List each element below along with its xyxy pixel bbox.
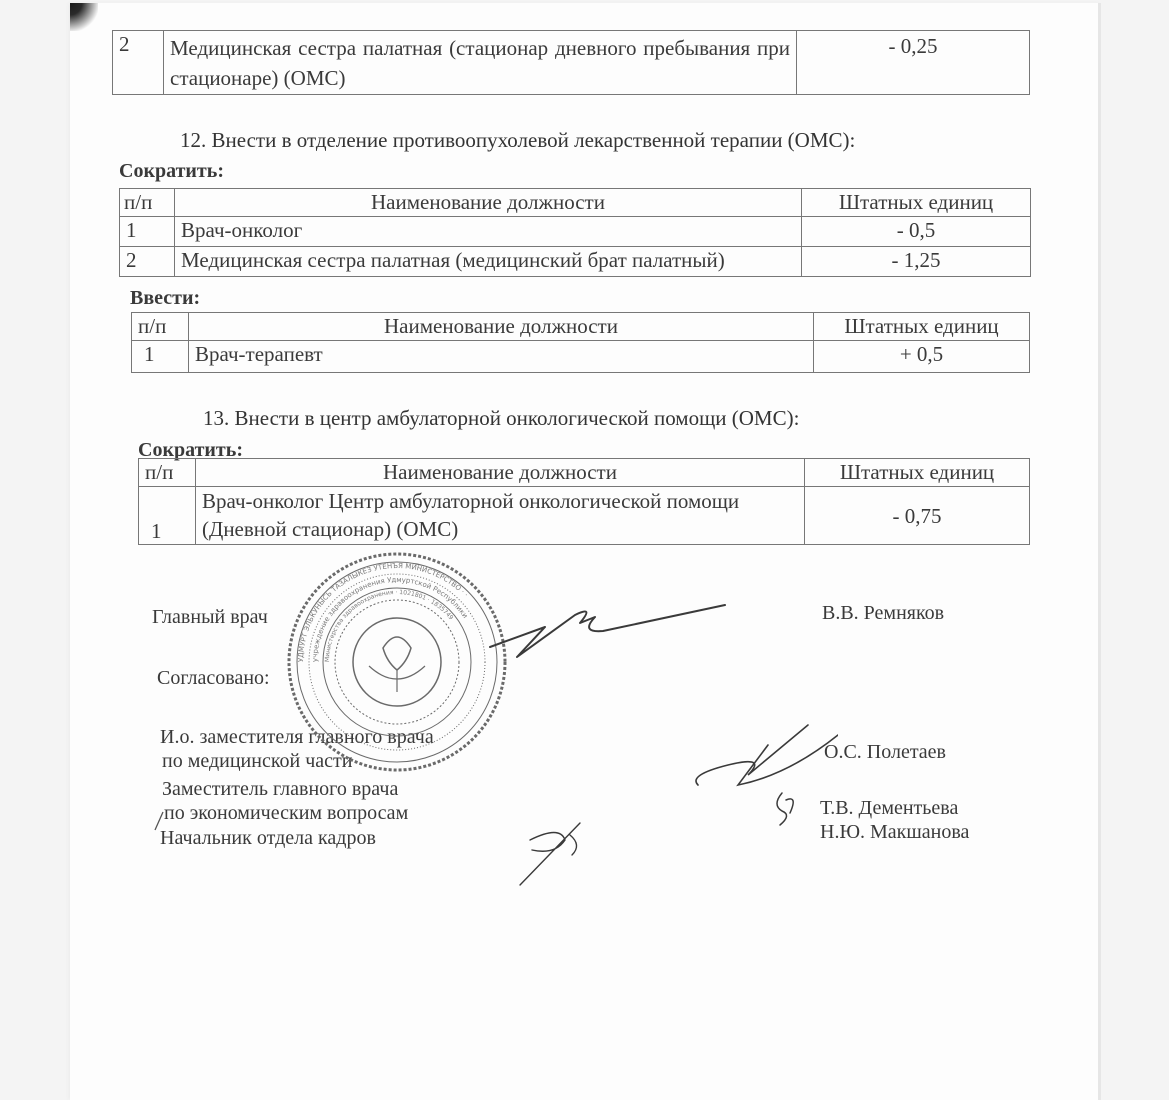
approver-2-title-line-1: Заместитель главного врача <box>162 777 408 801</box>
section-13-heading: 13. Внести в центр амбулаторной онкологи… <box>203 406 799 431</box>
position-title: Врач-терапевт <box>189 341 814 373</box>
stray-mark-icon <box>153 810 165 832</box>
staff-units-value: - 1,25 <box>802 247 1031 277</box>
staff-units-value: - 0,5 <box>802 217 1031 247</box>
position-title: Медицинская сестра палатная (медицинский… <box>175 247 802 277</box>
section-12-introduce-label: Ввести: <box>130 287 200 310</box>
section-13-reduce-table: п/п Наименование должности Штатных едини… <box>138 458 1030 545</box>
section-12-reduce-label: Сократить: <box>119 160 224 183</box>
table-header-row: п/п Наименование должности Штатных едини… <box>139 459 1030 487</box>
table-row: 1 Врач-терапевт + 0,5 <box>132 341 1030 373</box>
row-number: 2 <box>120 247 175 277</box>
approver-1-signature-icon <box>688 715 838 795</box>
position-title-line-1: Врач-онколог Центр амбулаторной онкологи… <box>202 487 798 515</box>
row-number: 1 <box>139 487 196 545</box>
table-row: 2 Медицинская сестра палатная (медицинск… <box>120 247 1031 277</box>
header-num: п/п <box>120 189 175 217</box>
table-header-row: п/п Наименование должности Штатных едини… <box>132 313 1030 341</box>
header-value: Штатных единиц <box>802 189 1031 217</box>
chief-doctor-signature-icon <box>485 585 745 685</box>
approver-2-signature-icon <box>770 785 810 830</box>
approver-2-name: Т.В. Дементьева <box>820 796 958 820</box>
section-12-heading: 12. Внести в отделение противоопухолевой… <box>180 128 855 153</box>
approver-3-name: Н.Ю. Макшанова <box>820 820 969 844</box>
approver-1-name: О.С. Полетаев <box>824 740 946 764</box>
header-value: Штатных единиц <box>805 459 1030 487</box>
approver-2-title-line-2: по экономическим вопросам <box>162 801 408 825</box>
row-number: 1 <box>132 341 189 373</box>
chief-doctor-title: Главный врач <box>152 605 268 629</box>
row-number: 2 <box>113 31 164 95</box>
header-title: Наименование должности <box>196 459 805 487</box>
position-title: Врач-онколог Центр амбулаторной онкологи… <box>196 487 805 545</box>
table-row: 1 Врач-онколог Центр амбулаторной онколо… <box>139 487 1030 545</box>
approver-3-signature-icon <box>510 815 600 895</box>
document-page <box>70 3 1101 1100</box>
position-title-line-2: (Дневной стационар) (ОМС) <box>202 515 798 543</box>
chief-doctor-name: В.В. Ремняков <box>822 601 944 625</box>
approver-2-title: Заместитель главного врача по экономичес… <box>162 777 408 825</box>
position-title: Врач-онколог <box>175 217 802 247</box>
continued-table: 2 Медицинская сестра палатная (стационар… <box>112 30 1030 95</box>
section-12-introduce-table: п/п Наименование должности Штатных едини… <box>131 312 1030 373</box>
staff-units-value: - 0,75 <box>805 487 1030 545</box>
table-row: 2 Медицинская сестра палатная (стационар… <box>113 31 1030 95</box>
staff-units-value: - 0,25 <box>797 31 1030 95</box>
staff-units-value: + 0,5 <box>814 341 1030 373</box>
header-num: п/п <box>132 313 189 341</box>
table-header-row: п/п Наименование должности Штатных едини… <box>120 189 1031 217</box>
header-num: п/п <box>139 459 196 487</box>
table-row: 1 Врач-онколог - 0,5 <box>120 217 1031 247</box>
official-round-seal-icon: УДМУРТ ЭЛЬКУНЫСЬ ТАЗАЛЫКЕЗ УТЁНЪЯ МИНИСТ… <box>283 548 511 776</box>
approver-3-title: Начальник отдела кадров <box>160 826 376 850</box>
position-title: Медицинская сестра палатная (стационар д… <box>164 31 797 95</box>
section-12-reduce-table: п/п Наименование должности Штатных едини… <box>119 188 1031 277</box>
agreed-label: Согласовано: <box>157 666 270 690</box>
scan-corner-shadow <box>70 3 98 31</box>
header-value: Штатных единиц <box>814 313 1030 341</box>
header-title: Наименование должности <box>175 189 802 217</box>
header-title: Наименование должности <box>189 313 814 341</box>
row-number: 1 <box>120 217 175 247</box>
